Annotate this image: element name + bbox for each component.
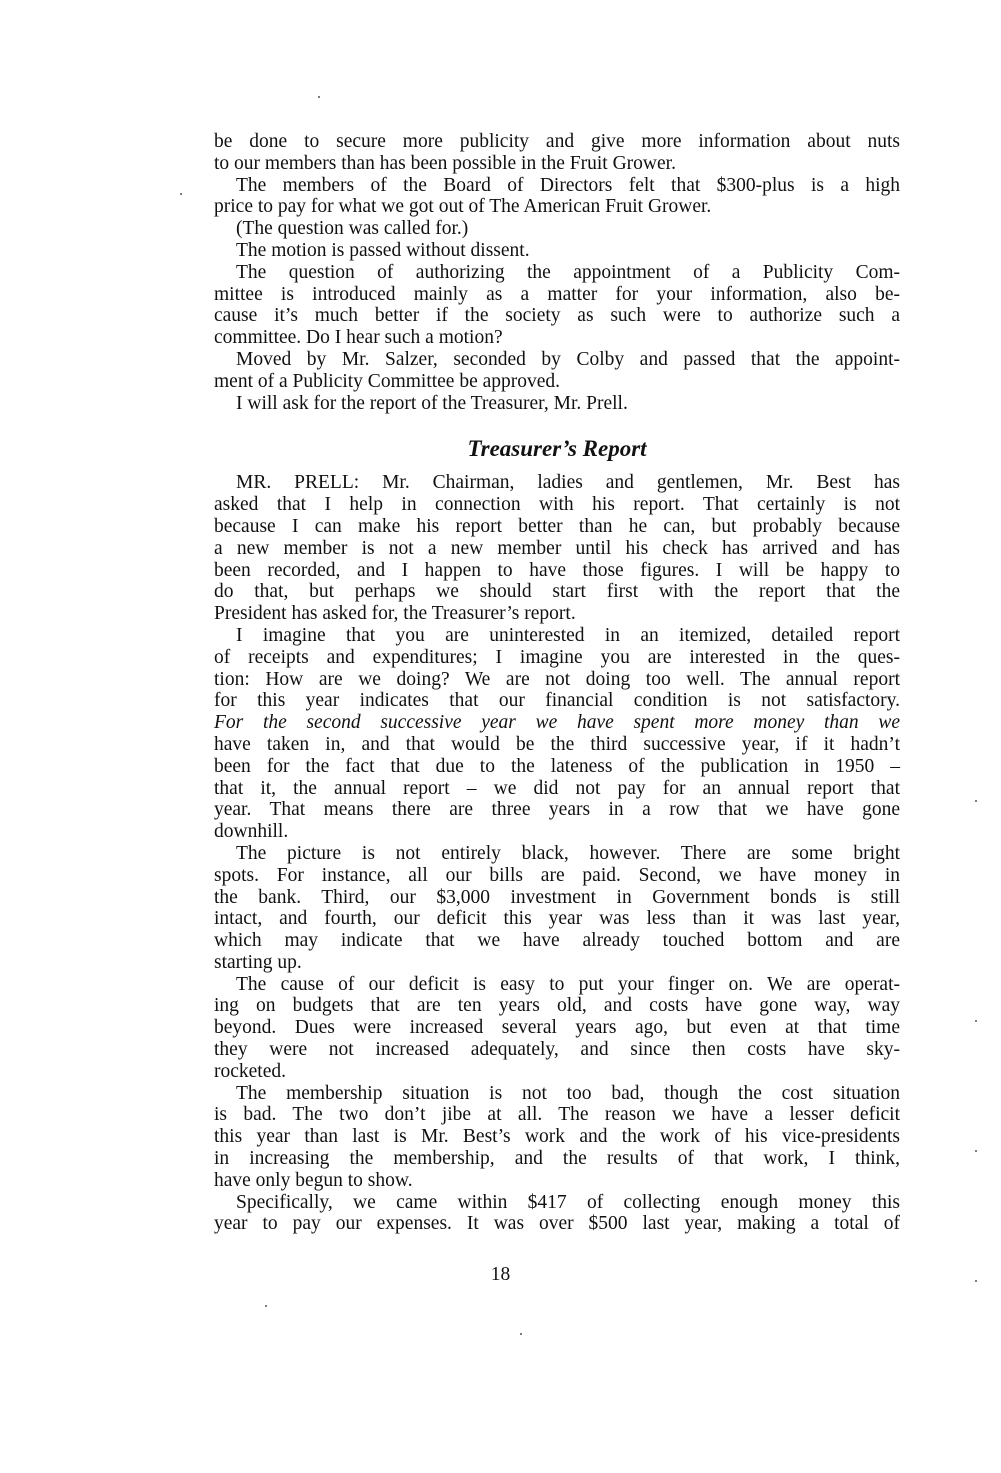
paragraph: be done to secure more publicity and giv… [214,131,900,175]
text-line: The question of authorizing the appointm… [214,262,900,284]
text-line: The motion is passed without dissent. [214,240,900,262]
text-line: for this year indicates that our financi… [214,690,900,712]
scan-speck [975,800,977,802]
paragraph: (The question was called for.) [214,218,900,240]
text-line: been recorded, and I happen to have thos… [214,560,900,582]
text-line: which may indicate that we have already … [214,930,900,952]
text-line: President has asked for, the Treasurer’s… [214,603,900,625]
text-line: do that, but perhaps we should start fir… [214,581,900,603]
paragraph: The picture is not entirely black, howev… [214,843,900,974]
paragraph: Specifically, we came within $417 of col… [214,1192,900,1236]
text-line: price to pay for what we got out of The … [214,196,900,218]
paragraph: The members of the Board of Directors fe… [214,175,900,219]
text-line: year. That means there are three years i… [214,799,900,821]
text-line: intact, and fourth, our deficit this yea… [214,908,900,930]
text-line: cause it’s much better if the society as… [214,305,900,327]
text-line: starting up. [214,952,900,974]
document-page: be done to secure more publicity and giv… [214,131,900,1235]
paragraph: I imagine that you are uninterested in a… [214,625,900,843]
text-line: in increasing the membership, and the re… [214,1148,900,1170]
text-line: I imagine that you are uninterested in a… [214,625,900,647]
text-line: the bank. Third, our $3,000 investment i… [214,887,900,909]
scan-speck [180,193,182,195]
text-line: downhill. [214,821,900,843]
text-line: be done to secure more publicity and giv… [214,131,900,153]
text-line: because I can make his report better tha… [214,516,900,538]
text-line: rocketed. [214,1061,900,1083]
text-line: ing on budgets that are ten years old, a… [214,995,900,1017]
text-body-before-heading: be done to secure more publicity and giv… [214,131,900,414]
scan-speck [975,1150,977,1152]
paragraph: Moved by Mr. Salzer, seconded by Colby a… [214,349,900,393]
paragraph: The motion is passed without dissent. [214,240,900,262]
paragraph: The question of authorizing the appointm… [214,262,900,349]
text-line: they were not increased adequately, and … [214,1039,900,1061]
text-line: year to pay our expenses. It was over $5… [214,1213,900,1235]
text-line: committee. Do I hear such a motion? [214,327,900,349]
text-line: have only begun to show. [214,1170,900,1192]
text-line: mittee is introduced mainly as a matter … [214,284,900,306]
text-line: beyond. Dues were increased several year… [214,1017,900,1039]
section-heading: Treasurer’s Report [214,422,900,472]
text-line: Specifically, we came within $417 of col… [214,1192,900,1214]
text-line: have taken in, and that would be the thi… [214,734,900,756]
paragraph: The cause of our deficit is easy to put … [214,974,900,1083]
scan-speck [520,1333,522,1335]
text-line: For the second successive year we have s… [214,712,900,734]
text-line: asked that I help in connection with his… [214,494,900,516]
paragraph: The membership situation is not too bad,… [214,1083,900,1192]
scan-speck [318,96,320,98]
paragraph: I will ask for the report of the Treasur… [214,393,900,415]
text-line: The members of the Board of Directors fe… [214,175,900,197]
scan-speck [975,1280,977,1282]
text-line: The picture is not entirely black, howev… [214,843,900,865]
scan-speck [265,1305,267,1307]
text-line: spots. For instance, all our bills are p… [214,865,900,887]
paragraph: MR. PRELL: Mr. Chairman, ladies and gent… [214,472,900,625]
text-line: to our members than has been possible in… [214,153,900,175]
text-line: (The question was called for.) [214,218,900,240]
text-line: tion: How are we doing? We are not doing… [214,669,900,691]
text-line: of receipts and expenditures; I imagine … [214,647,900,669]
text-line: The cause of our deficit is easy to put … [214,974,900,996]
text-line: this year than last is Mr. Best’s work a… [214,1126,900,1148]
text-line: is bad. The two don’t jibe at all. The r… [214,1104,900,1126]
page-number: 18 [0,1264,1001,1286]
text-line: ment of a Publicity Committee be approve… [214,371,900,393]
scan-speck [975,1020,977,1022]
text-line: that it, the annual report – we did not … [214,778,900,800]
text-line: I will ask for the report of the Treasur… [214,393,900,415]
text-body-treasurers-report: MR. PRELL: Mr. Chairman, ladies and gent… [214,472,900,1235]
text-line: Moved by Mr. Salzer, seconded by Colby a… [214,349,900,371]
text-line: a new member is not a new member until h… [214,538,900,560]
text-line: been for the fact that due to the latene… [214,756,900,778]
text-line: MR. PRELL: Mr. Chairman, ladies and gent… [214,472,900,494]
text-line: The membership situation is not too bad,… [214,1083,900,1105]
